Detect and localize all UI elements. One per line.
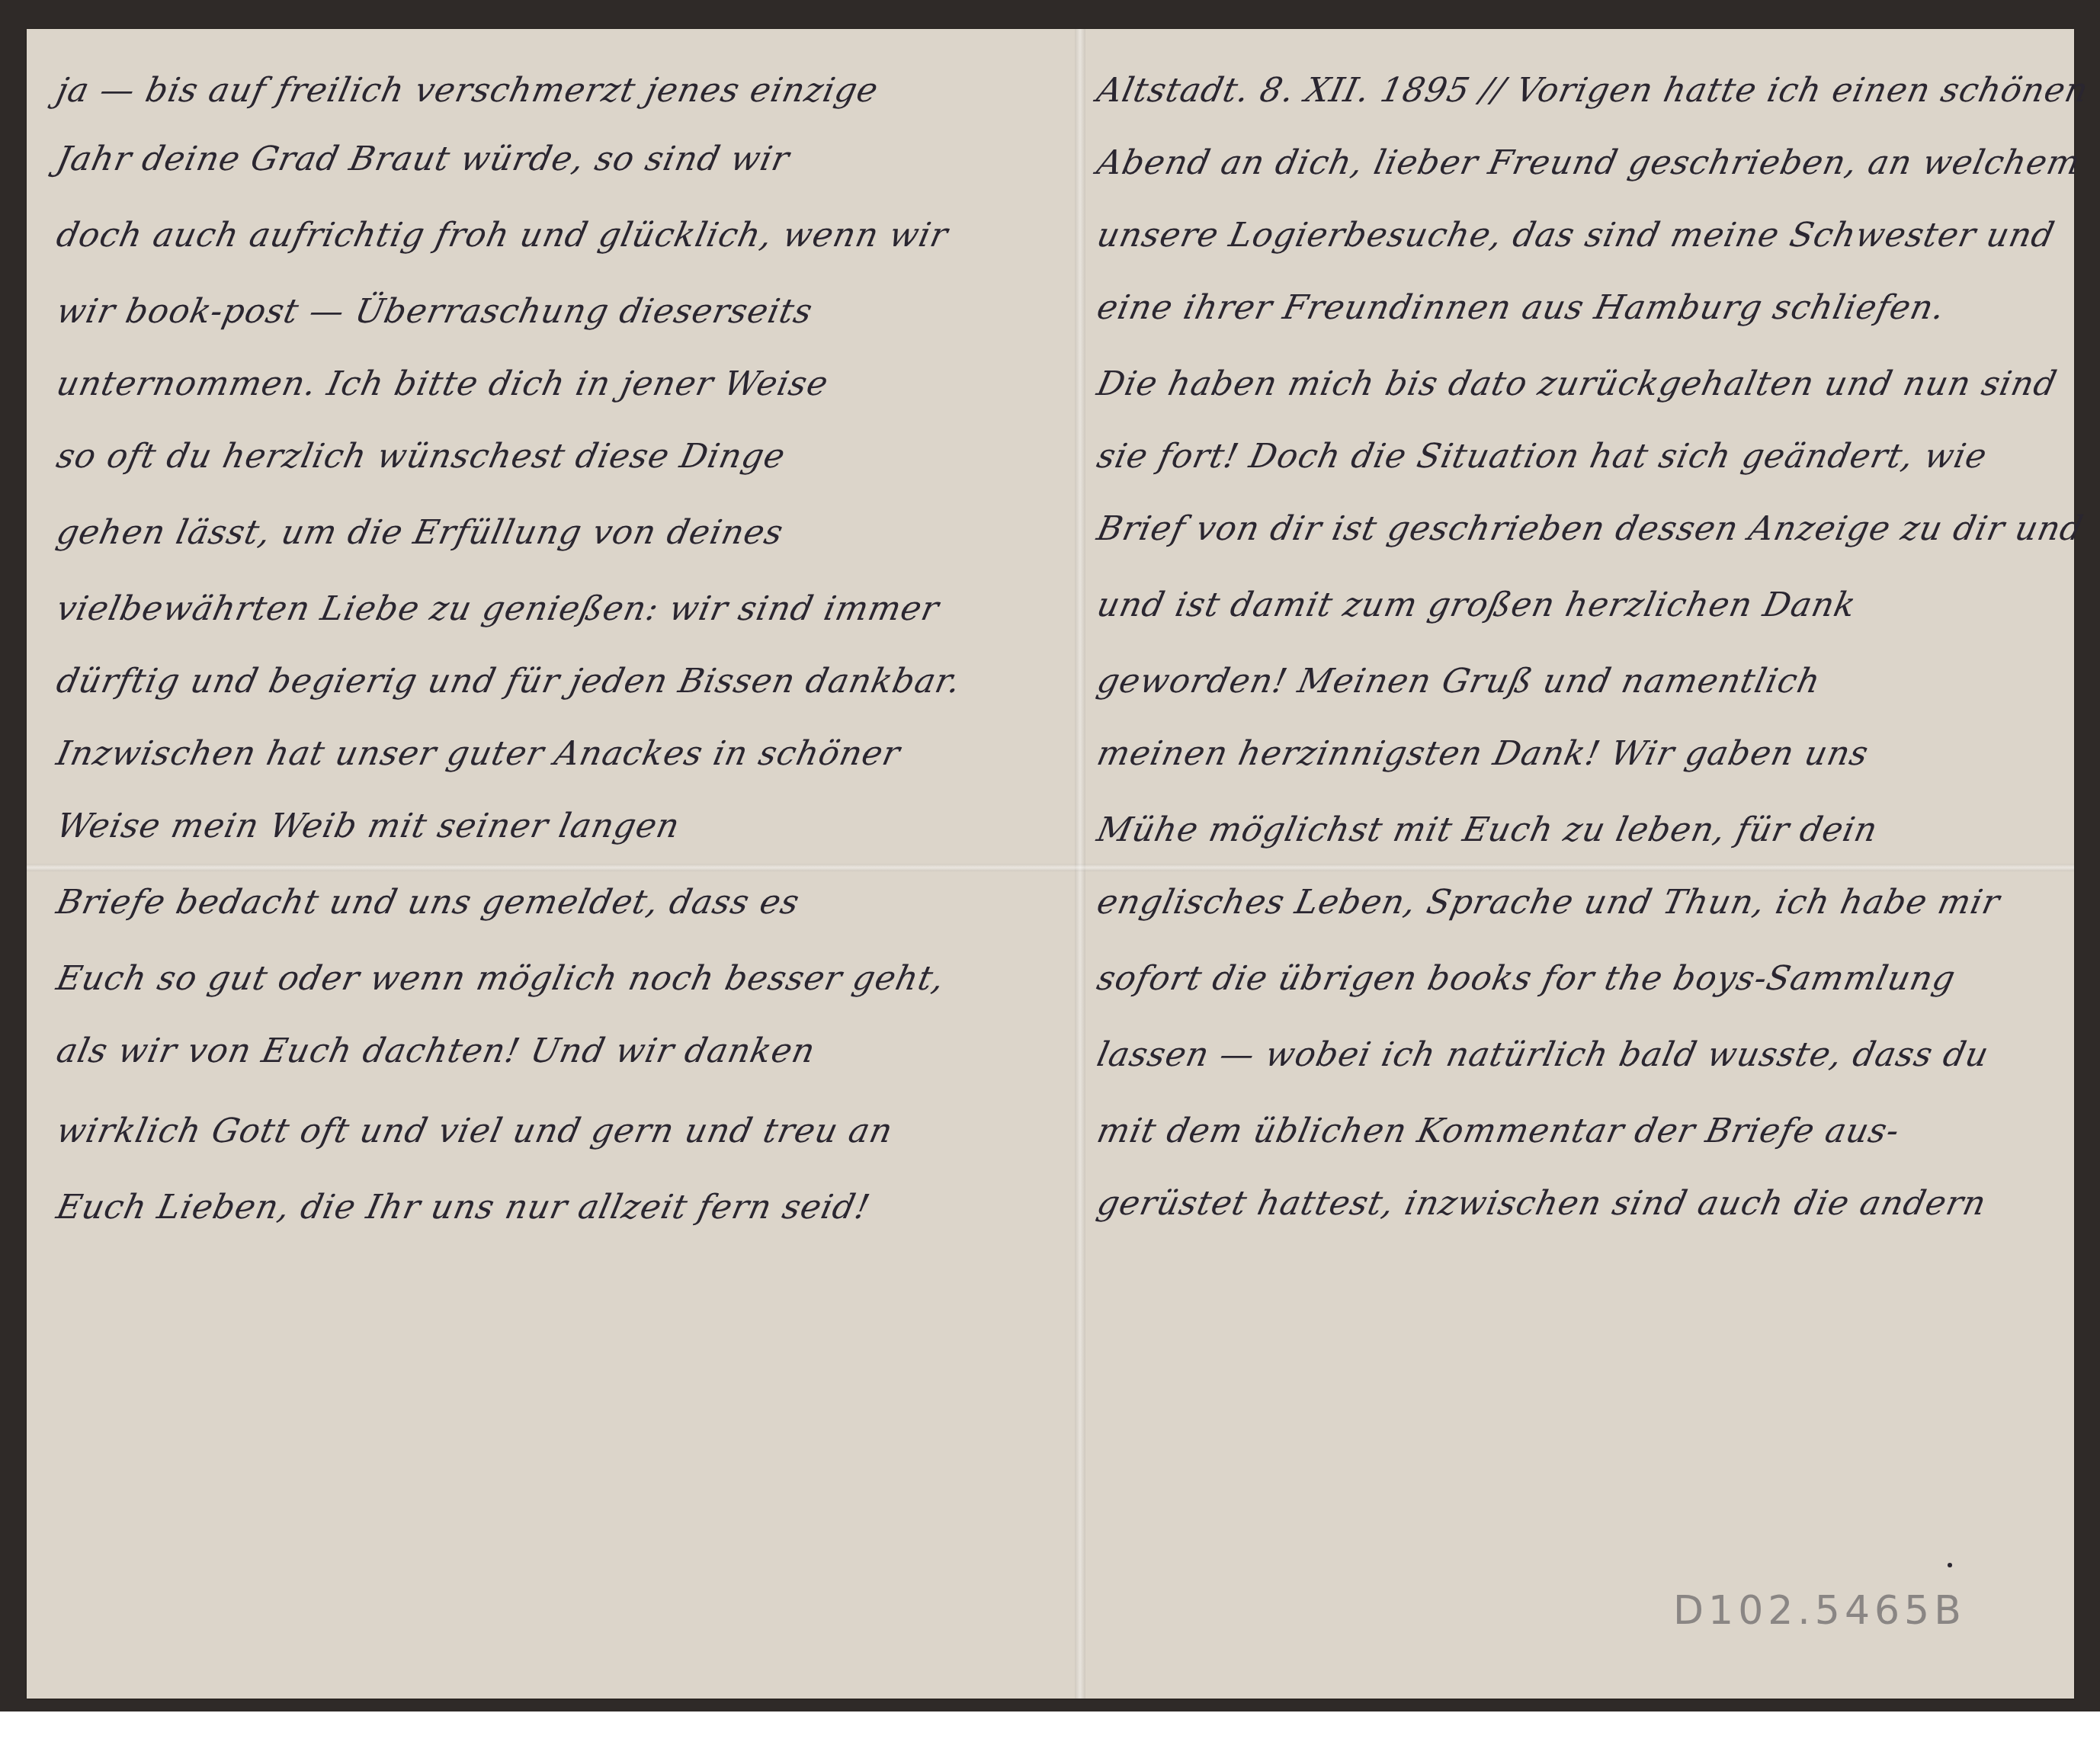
right-line-9: geworden! Meinen Gruß und namentlich [1094, 662, 1825, 701]
right-line-15: mit dem üblichen Kommentar der Briefe au… [1094, 1112, 1903, 1150]
letter-sheet: ja — bis auf freilich verschmerzt jenes … [27, 29, 2074, 1699]
left-line-12: Briefe bedacht und uns gemeldet, dass es [53, 883, 803, 922]
right-line-4: eine ihrer Freundinnen aus Hamburg schli… [1094, 288, 1949, 327]
right-line-11: Mühe möglichst mit Euch zu leben, für de… [1094, 810, 1882, 849]
right-line-7: Brief von dir ist geschrieben dessen Anz… [1094, 509, 2087, 548]
right-page: Altstadt. 8. XII. 1895 // Vorigen hatte … [1098, 29, 2066, 1699]
right-line-8: und ist damit zum großen herzlichen Dank [1094, 585, 1860, 624]
left-line-7: gehen lässt, um die Erfüllung von deines [53, 513, 787, 552]
archive-shelfmark: D102.5465B [1673, 1588, 1966, 1634]
left-line-3: doch auch aufrichtig froh und glücklich,… [53, 216, 952, 255]
left-page: ja — bis auf freilich verschmerzt jenes … [57, 29, 1063, 1699]
left-line-14: als wir von Euch dachten! Und wir danken [53, 1031, 819, 1070]
right-line-1: Altstadt. 8. XII. 1895 // Vorigen hatte … [1094, 71, 2092, 110]
left-line-16: Euch Lieben, die Ihr uns nur allzeit fer… [53, 1188, 874, 1227]
left-line-11: Weise mein Weib mit seiner langen [53, 807, 684, 845]
left-line-13: Euch so gut oder wenn möglich noch besse… [53, 959, 948, 998]
right-line-2: Abend an dich, lieber Freund geschrieben… [1094, 143, 2084, 182]
left-line-15: wirklich Gott oft und viel und gern und … [53, 1112, 897, 1150]
left-line-9: dürftig und begierig und für jeden Bisse… [53, 662, 965, 701]
right-line-3: unsere Logierbesuche, das sind meine Sch… [1094, 216, 2059, 255]
right-line-12: englisches Leben, Sprache und Thun, ich … [1094, 883, 2004, 922]
left-line-8: vielbewährten Liebe zu genießen: wir sin… [53, 589, 943, 628]
right-line-5: Die haben mich bis dato zurückgehalten u… [1094, 364, 2061, 403]
left-line-4: wir book-post — Überraschung dieserseits [53, 292, 816, 331]
right-line-10: meinen herzinnigsten Dank! Wir gaben uns [1094, 734, 1872, 773]
left-line-10: Inzwischen hat unser guter Anackes in sc… [53, 734, 904, 773]
ink-dot [1948, 1563, 1952, 1567]
left-line-6: so oft du herzlich wünschest diese Dinge [53, 437, 789, 476]
right-line-14: lassen — wobei ich natürlich bald wusste… [1094, 1035, 1993, 1074]
left-line-1: ja — bis auf freilich verschmerzt jenes … [53, 71, 883, 110]
right-line-13: sofort die übrigen books for the boys-Sa… [1094, 959, 1960, 998]
right-line-6: sie fort! Doch die Situation hat sich ge… [1094, 437, 1991, 476]
left-line-2: Jahr deine Grad Braut würde, so sind wir [53, 140, 794, 178]
right-line-16: gerüstet hattest, inzwischen sind auch d… [1094, 1184, 1990, 1223]
left-line-5: unternommen. Ich bitte dich in jener Wei… [53, 364, 832, 403]
